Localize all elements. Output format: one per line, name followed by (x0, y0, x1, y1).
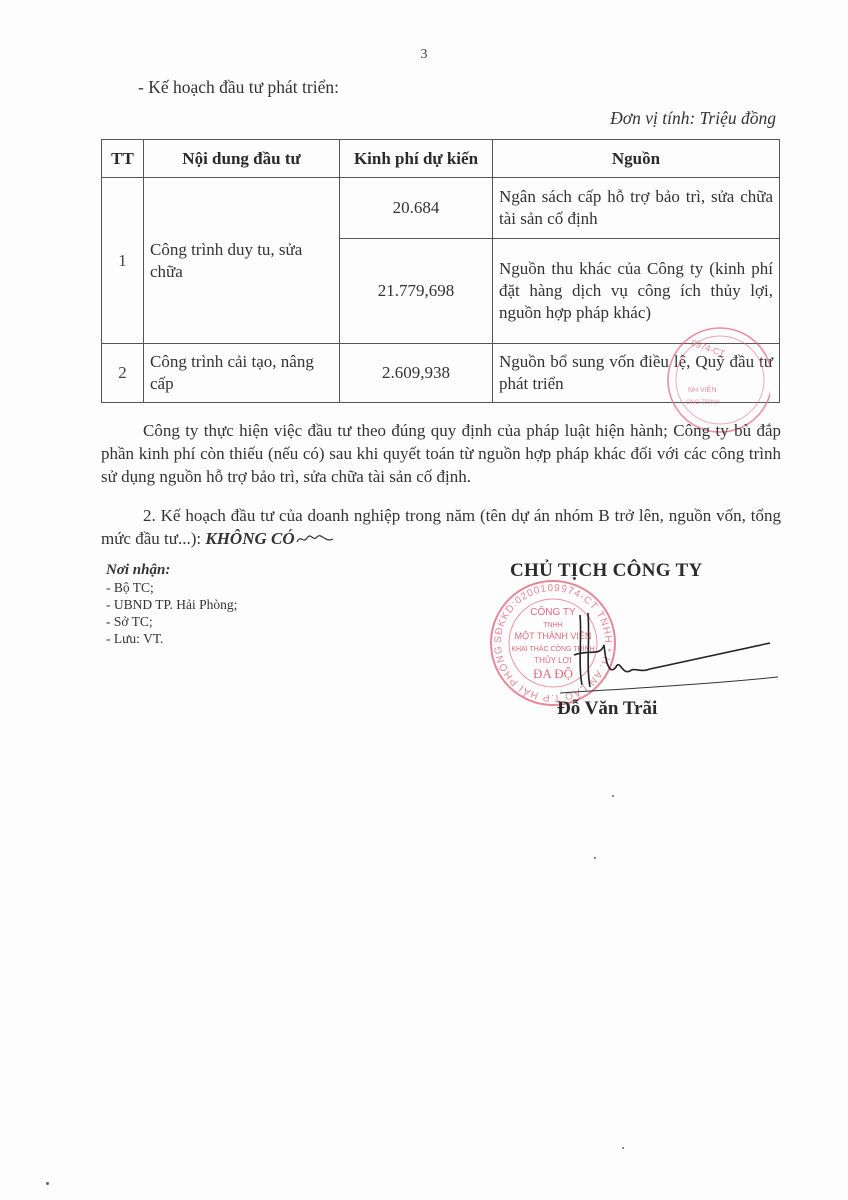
recipient-item: - Sở TC; (106, 613, 237, 630)
scan-speck (612, 795, 614, 797)
header-content: Nội dung đầu tư (144, 140, 340, 178)
initials-scribble-icon (295, 532, 335, 546)
recipient-item: - Bộ TC; (106, 579, 237, 596)
row-cost: 2.609,938 (340, 344, 493, 403)
paragraph-enterprise-plan-text: 2. Kế hoạch đầu tư của doanh nghiệp tron… (101, 506, 781, 548)
signer-name: Đỗ Văn Trãi (557, 698, 657, 720)
recipient-item: - Lưu: VT. (106, 630, 237, 647)
signer-title: CHỦ TỊCH CÔNG TY (510, 560, 703, 582)
paragraph-investment-note: Công ty thực hiện việc đầu tư theo đúng … (101, 419, 781, 488)
recipients-block: Nơi nhận: - Bộ TC; - UBND TP. Hải Phòng;… (106, 562, 237, 647)
scan-speck (622, 1147, 624, 1149)
header-source: Nguồn (493, 140, 780, 178)
page-number: 3 (0, 47, 848, 63)
row-number: 2 (102, 344, 144, 403)
recipient-item: - UBND TP. Hải Phòng; (106, 596, 237, 613)
scan-speck (594, 857, 596, 859)
section-heading: - Kế hoạch đầu tư phát triển: (138, 77, 339, 98)
svg-text:ÔNG TRÌNH: ÔNG TRÌNH (686, 399, 720, 406)
scan-speck (46, 1182, 49, 1185)
paragraph-enterprise-plan: 2. Kế hoạch đầu tư của doanh nghiệp tron… (101, 504, 781, 550)
svg-text:9974-CT: 9974-CT (690, 338, 727, 360)
none-emphasis: KHÔNG CÓ (205, 529, 294, 548)
row-source: Ngân sách cấp hỗ trợ bảo trì, sửa chữa t… (493, 178, 780, 239)
row-cost: 21.779,698 (340, 239, 493, 344)
row-content: Công trình duy tu, sửa chữa (144, 178, 340, 344)
row-content: Công trình cải tạo, nâng cấp (144, 344, 340, 403)
table-row: 1 Công trình duy tu, sửa chữa 20.684 Ngâ… (102, 178, 780, 239)
header-cost: Kinh phí dự kiến (340, 140, 493, 178)
handwritten-signature-icon (560, 605, 780, 700)
recipients-title: Nơi nhận: (106, 562, 237, 579)
svg-text:NH VIÊN: NH VIÊN (688, 385, 716, 394)
row-number: 1 (102, 178, 144, 344)
unit-note: Đơn vị tính: Triệu đồng (610, 108, 776, 129)
row-cost: 20.684 (340, 178, 493, 239)
header-tt: TT (102, 140, 144, 178)
table-header-row: TT Nội dung đầu tư Kinh phí dự kiến Nguồ… (102, 140, 780, 178)
